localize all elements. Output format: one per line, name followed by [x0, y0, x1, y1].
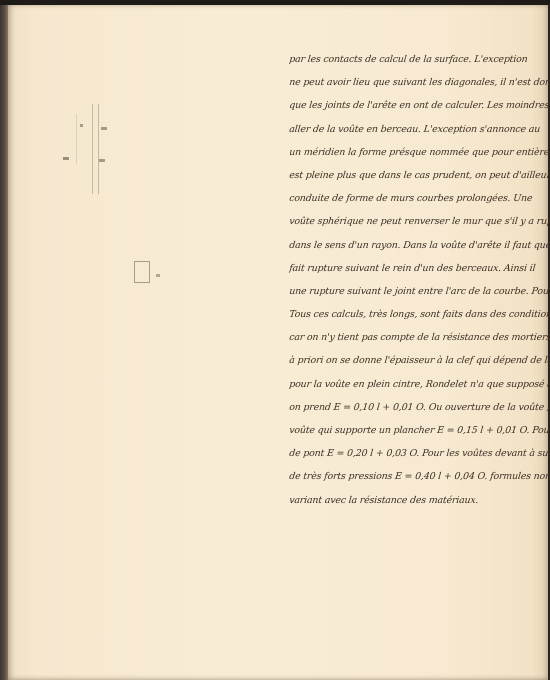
text-line: fait rupture suivant le rein d'un des be…	[288, 257, 550, 280]
text-line: est pleine plus que dans le cas prudent,…	[288, 164, 550, 187]
manuscript-page: par les contacts de calcul de la surface…	[6, 4, 548, 680]
text-line: on prend E = 0,10 l + 0,01 O. Ou ouvertu…	[288, 396, 550, 419]
text-line: voûte qui supporte un plancher E = 0,15 …	[288, 419, 550, 442]
text-line: de très forts pressions E = 0,40 l + 0,0…	[288, 465, 550, 488]
text-line: à priori on se donne l'épaisseur à la cl…	[288, 349, 550, 372]
text-line: dans le sens d'un rayon. Dans la voûte d…	[288, 234, 550, 257]
text-line: par les contacts de calcul de la surface…	[288, 48, 550, 71]
scan-top-edge	[0, 0, 550, 5]
text-line: voûte sphérique ne peut renverser le mur…	[288, 210, 550, 233]
text-line: de pont E = 0,20 l + 0,03 O. Pour les vo…	[288, 442, 550, 465]
text-line: conduite de forme de murs courbes prolon…	[288, 187, 550, 210]
text-line: que les joints de l'arête en ont de calc…	[288, 94, 550, 117]
text-line: pour la voûte en plein cintre, Rondelet …	[288, 373, 550, 396]
text-line: variant avec la résistance des matériaux…	[288, 489, 550, 512]
text-line: car on n'y tient pas compte de la résist…	[288, 326, 550, 349]
text-line: Tous ces calculs, très longs, sont faits…	[288, 303, 550, 326]
text-line: ne peut avoir lieu que suivant les diago…	[288, 71, 550, 94]
handwritten-text-block: par les contacts de calcul de la surface…	[288, 48, 550, 512]
text-line: un méridien la forme présque nommée que …	[288, 141, 550, 164]
book-binding-edge	[0, 0, 8, 680]
text-line: une rupture suivant le joint entre l'arc…	[288, 280, 550, 303]
text-line: aller de la voûte en berceau. L'exceptio…	[288, 118, 550, 141]
